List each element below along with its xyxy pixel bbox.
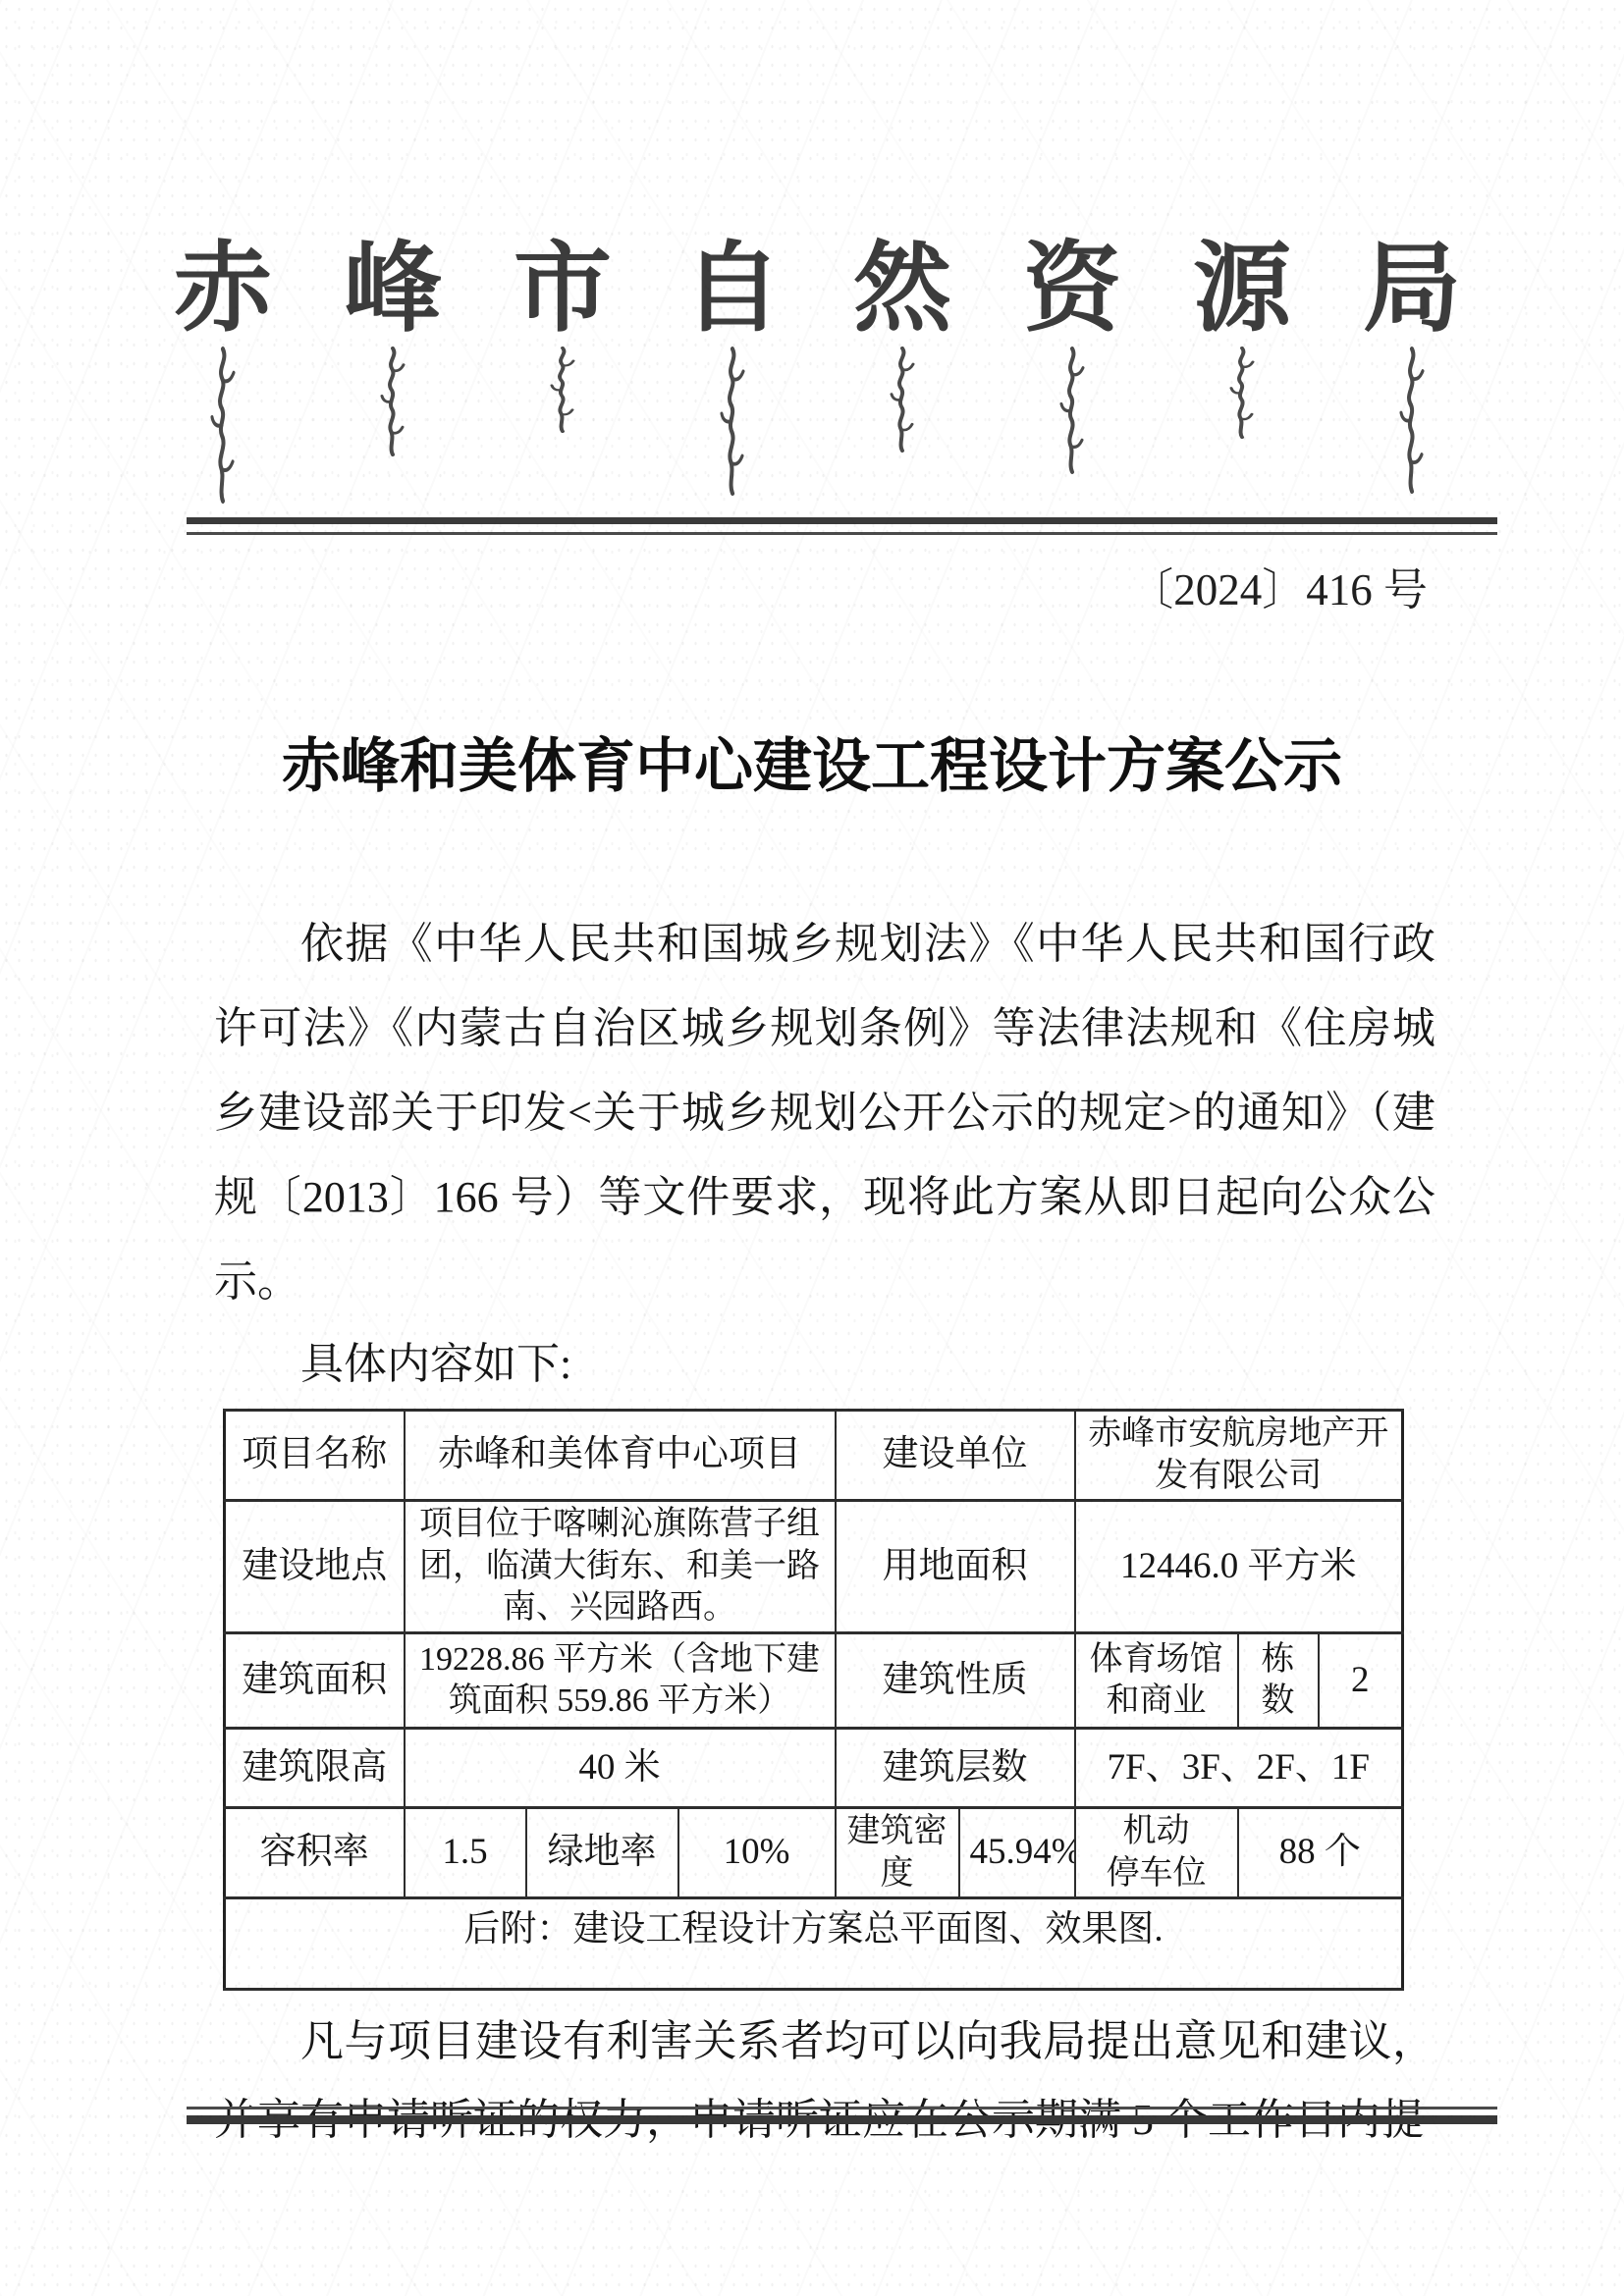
mongolian-script-slot — [1191, 347, 1293, 439]
bureau-char: 然 — [851, 239, 953, 341]
header-divider — [187, 517, 1497, 535]
floor-area-label: 建筑面积 — [225, 1633, 405, 1729]
mongolian-script-slot — [342, 347, 444, 456]
construction-unit-label: 建设单位 — [836, 1411, 1075, 1501]
bureau-char: 局 — [1361, 239, 1463, 341]
location-value: 项目位于喀喇沁旗陈营子组 团，临潢大街东、和美一路 南、兴园路西。 — [405, 1501, 836, 1633]
plot-ratio-value: 1.5 — [405, 1808, 526, 1898]
page-container: 赤 峰 市 自 然 资 源 局 〔2024〕416 号 赤峰和美体育中心建设工程… — [0, 0, 1624, 2296]
notice-title: 赤峰和美体育中心建设工程设计方案公示 — [0, 727, 1624, 806]
floors-value: 7F、3F、2F、1F — [1075, 1729, 1403, 1808]
floor-area-value: 19228.86 平方米（含地下建 筑面积 559.86 平方米） — [405, 1633, 836, 1729]
land-area-label: 用地面积 — [836, 1501, 1075, 1633]
location-label: 建设地点 — [225, 1501, 405, 1633]
green-ratio-label: 绿地率 — [526, 1808, 678, 1898]
plot-ratio-label: 容积率 — [225, 1808, 405, 1898]
body-paragraph-2: 凡与项目建设有利害关系者均可以向我局提出意见和建议，并享有申请听证的权力，申请听… — [214, 2002, 1435, 2160]
divider-thin-line — [187, 532, 1497, 535]
bureau-char: 峰 — [342, 239, 444, 341]
building-nature-label: 建筑性质 — [836, 1633, 1075, 1729]
construction-unit-value: 赤峰市安航房地产开 发有限公司 — [1075, 1411, 1403, 1501]
parking-value: 88 个 — [1238, 1808, 1403, 1898]
density-label: 建筑密度 — [836, 1808, 959, 1898]
project-name-label: 项目名称 — [225, 1411, 405, 1501]
height-limit-value: 40 米 — [405, 1729, 836, 1808]
mongolian-script-icon — [376, 347, 409, 456]
height-limit-label: 建筑限高 — [225, 1729, 405, 1808]
bureau-char: 自 — [681, 239, 784, 341]
bureau-name: 赤 峰 市 自 然 资 源 局 — [172, 239, 1463, 341]
mongolian-script-icon — [716, 347, 749, 496]
mongolian-script-row — [172, 347, 1463, 513]
density-value: 45.94% — [959, 1808, 1075, 1898]
mongolian-script-slot — [851, 347, 953, 453]
doc-number: 〔2024〕416 号 — [0, 562, 1428, 617]
mongolian-script-slot — [1021, 347, 1123, 474]
bureau-char: 资 — [1021, 239, 1123, 341]
bureau-char: 市 — [512, 239, 614, 341]
floors-label: 建筑层数 — [836, 1729, 1075, 1808]
building-count-label: 栋 数 — [1238, 1633, 1319, 1729]
section-lead: 具体内容如下: — [214, 1326, 1435, 1403]
green-ratio-value: 10% — [678, 1808, 836, 1898]
project-table: 项目名称 赤峰和美体育中心项目 建设单位 赤峰市安航房地产开 发有限公司 建设地… — [223, 1409, 1404, 1991]
mongolian-script-icon — [886, 347, 919, 453]
mongolian-script-slot — [1361, 347, 1463, 494]
building-count-value: 2 — [1319, 1633, 1403, 1729]
mongolian-script-slot — [172, 347, 274, 504]
divider-thick-line — [187, 517, 1497, 524]
project-name-value: 赤峰和美体育中心项目 — [405, 1411, 836, 1501]
mongolian-script-icon — [546, 347, 579, 433]
building-nature-value: 体育场馆 和商业 — [1075, 1633, 1238, 1729]
land-area-value: 12446.0 平方米 — [1075, 1501, 1403, 1633]
parking-label: 机动 停车位 — [1075, 1808, 1238, 1898]
attachment-note: 后附：建设工程设计方案总平面图、效果图. — [225, 1898, 1403, 1990]
mongolian-script-slot — [681, 347, 784, 496]
mongolian-script-icon — [1225, 347, 1259, 439]
bureau-char: 源 — [1191, 239, 1293, 341]
mongolian-script-icon — [1395, 347, 1429, 494]
body-paragraph-1: 依据《中华人民共和国城乡规划法》《中华人民共和国行政许可法》《内蒙古自治区城乡规… — [214, 902, 1435, 1324]
bureau-char: 赤 — [172, 239, 274, 341]
mongolian-script-slot — [512, 347, 614, 433]
mongolian-script-icon — [206, 347, 240, 504]
footer-divider — [187, 2107, 1497, 2124]
divider-thick-line — [187, 2115, 1497, 2124]
mongolian-script-icon — [1056, 347, 1089, 474]
